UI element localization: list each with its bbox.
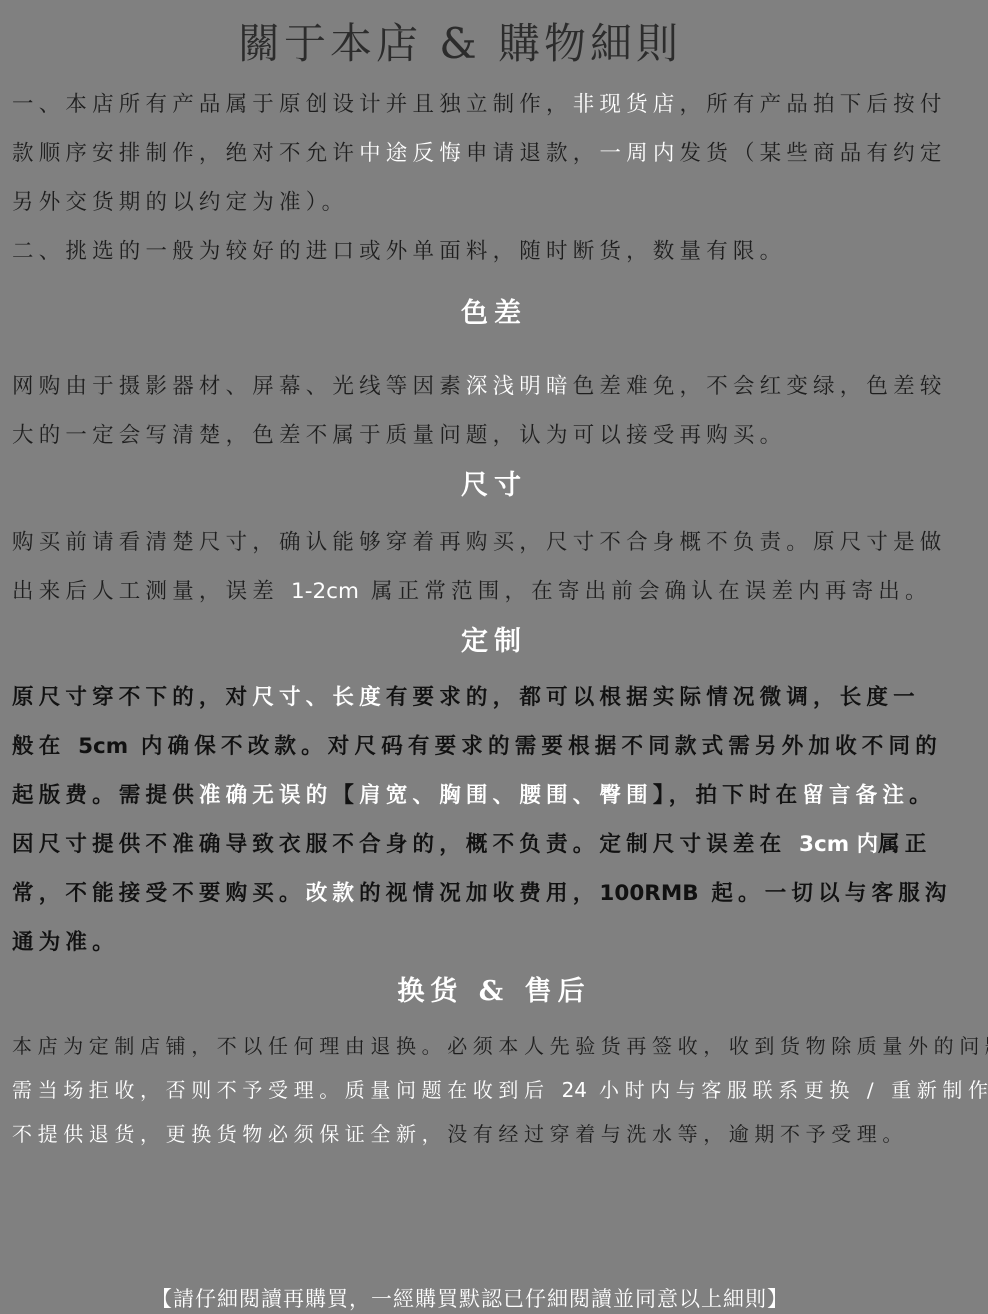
custom-line-3: 起版费。需提供准确无误的【肩宽、胸围、腰围、臀围】，拍下时在留言备注。	[12, 771, 988, 820]
highlight-text: 尺寸、长度	[252, 685, 386, 710]
text: 起。一切以与客服沟	[699, 881, 952, 906]
text: 发货（某些商品有约定	[680, 141, 947, 166]
highlight-text: 小时内与客服联系更换 / 重新制作，	[587, 1078, 988, 1102]
text: 5cm	[78, 734, 128, 759]
intro-section: 一、本店所有产品属于原创设计并且独立制作，非现货店，所有产品拍下后按付 款顺序安…	[12, 80, 988, 276]
highlight-text: 需当场拒收，否则不予受理。质量问题在收到后	[12, 1078, 562, 1102]
text: 色差难免，不会红变绿，色差较	[573, 374, 947, 399]
highlight-text: 不提供退货，更换货物必须保证全新，	[12, 1122, 447, 1146]
custom-section: 原尺寸穿不下的，对尺寸、长度有要求的，都可以根据实际情况微调，长度一 般在 5c…	[12, 673, 988, 967]
text: 属正常范围，在寄出前会确认在误差内再寄出。	[359, 579, 932, 604]
text: 【	[332, 783, 359, 808]
text: 100RMB	[599, 881, 698, 906]
text: 因尺寸提供不准确导致衣服不合身的，概不负责。定制尺寸误差在	[12, 832, 799, 857]
text: 申请退款，	[466, 141, 600, 166]
highlight-text: 留言备注	[802, 783, 909, 808]
highlight-text: 肩宽、胸围、腰围、臀围	[359, 783, 653, 808]
text: 没有经过穿着与洗水等，逾期不予受理。	[447, 1122, 908, 1146]
highlight-text: 非现货店	[573, 92, 680, 117]
highlight-text: 一周内	[599, 141, 679, 166]
text: 本店为定制店铺，不以任何理由退换。必须本人先验货再签收，	[12, 1034, 729, 1058]
highlight-text: 深浅明暗	[466, 374, 573, 399]
highlight-text: 3cm 内	[799, 832, 878, 857]
text: 常，不能接受不要购买。	[12, 881, 306, 906]
after-sale-line-2: 需当场拒收，否则不予受理。质量问题在收到后 24 小时内与客服联系更换 / 重新…	[12, 1068, 988, 1112]
text: 的视情况加收费用，	[359, 881, 599, 906]
text: 原尺寸穿不下的，对	[12, 685, 252, 710]
size-section: 购买前请看清楚尺寸，确认能够穿着再购买，尺寸不合身概不负责。原尺寸是做 出来后人…	[12, 518, 988, 616]
size-line-1: 购买前请看清楚尺寸，确认能够穿着再购买，尺寸不合身概不负责。原尺寸是做	[12, 518, 988, 567]
text: 收到货物除质量外的问题	[729, 1034, 988, 1058]
intro-line-1: 一、本店所有产品属于原创设计并且独立制作，非现货店，所有产品拍下后按付	[12, 80, 988, 129]
text: 内确保不改款。对尺码有要求的需要根据不同款式需另外加收不同的	[128, 734, 942, 759]
highlight-text: 中途反悔	[359, 141, 466, 166]
heading-after-sale: 换货 & 售后	[0, 972, 988, 1012]
text: 起版费。需提供	[12, 783, 199, 808]
text: 般在	[12, 734, 78, 759]
size-line-2: 出来后人工测量，误差 1-2cm 属正常范围，在寄出前会确认在误差内再寄出。	[12, 567, 988, 616]
color-diff-section: 网购由于摄影器材、屏幕、光线等因素深浅明暗色差难免，不会红变绿，色差较 大的一定…	[12, 362, 988, 460]
custom-line-2: 般在 5cm 内确保不改款。对尺码有要求的需要根据不同款式需另外加收不同的	[12, 722, 988, 771]
custom-line-4: 因尺寸提供不准确导致衣服不合身的，概不负责。定制尺寸误差在 3cm 内属正	[12, 820, 988, 869]
highlight-text: 1-2cm	[291, 579, 359, 604]
highlight-text: 24	[562, 1078, 587, 1102]
after-sale-section: 本店为定制店铺，不以任何理由退换。必须本人先验货再签收，收到货物除质量外的问题 …	[12, 1024, 988, 1156]
text: ，所有产品拍下后按付	[680, 92, 947, 117]
text: 有要求的，都可以根据实际情况微调，长度一	[386, 685, 920, 710]
text: 一、本店所有产品属于原创设计并且独立制作，	[12, 92, 573, 117]
text: 网购由于摄影器材、屏幕、光线等因素	[12, 374, 466, 399]
heading-color-diff: 色差	[0, 294, 988, 334]
color-diff-line-1: 网购由于摄影器材、屏幕、光线等因素深浅明暗色差难免，不会红变绿，色差较	[12, 362, 988, 411]
intro-line-4: 二、挑选的一般为较好的进口或外单面料，随时断货，数量有限。	[12, 227, 988, 276]
text: 属正	[878, 832, 931, 857]
heading-custom: 定制	[0, 622, 988, 662]
footer-notice: 【請仔細閱讀再購買，一經購買默認已仔細閱讀並同意以上細則】	[0, 1283, 940, 1313]
custom-line-6: 通为准。	[12, 918, 988, 967]
custom-line-1: 原尺寸穿不下的，对尺寸、长度有要求的，都可以根据实际情况微调，长度一	[12, 673, 988, 722]
custom-line-5: 常，不能接受不要购买。改款的视情况加收费用，100RMB 起。一切以与客服沟	[12, 869, 988, 918]
color-diff-line-2: 大的一定会写清楚，色差不属于质量问题，认为可以接受再购买。	[12, 411, 988, 460]
page-title: 關于本店 & 購物細則	[0, 14, 920, 74]
after-sale-line-1: 本店为定制店铺，不以任何理由退换。必须本人先验货再签收，收到货物除质量外的问题	[12, 1024, 988, 1068]
heading-size: 尺寸	[0, 466, 988, 506]
after-sale-line-3: 不提供退货，更换货物必须保证全新，没有经过穿着与洗水等，逾期不予受理。	[12, 1112, 988, 1156]
text: 。	[909, 783, 936, 808]
highlight-text: 准确无误的	[199, 783, 333, 808]
text: 出来后人工测量，误差	[12, 579, 291, 604]
intro-line-3: 另外交货期的以约定为准）。	[12, 178, 988, 227]
text: 】，拍下时在	[653, 783, 802, 808]
highlight-text: 改款	[306, 881, 359, 906]
text: 款顺序安排制作，绝对不允许	[12, 141, 359, 166]
intro-line-2: 款顺序安排制作，绝对不允许中途反悔申请退款，一周内发货（某些商品有约定	[12, 129, 988, 178]
